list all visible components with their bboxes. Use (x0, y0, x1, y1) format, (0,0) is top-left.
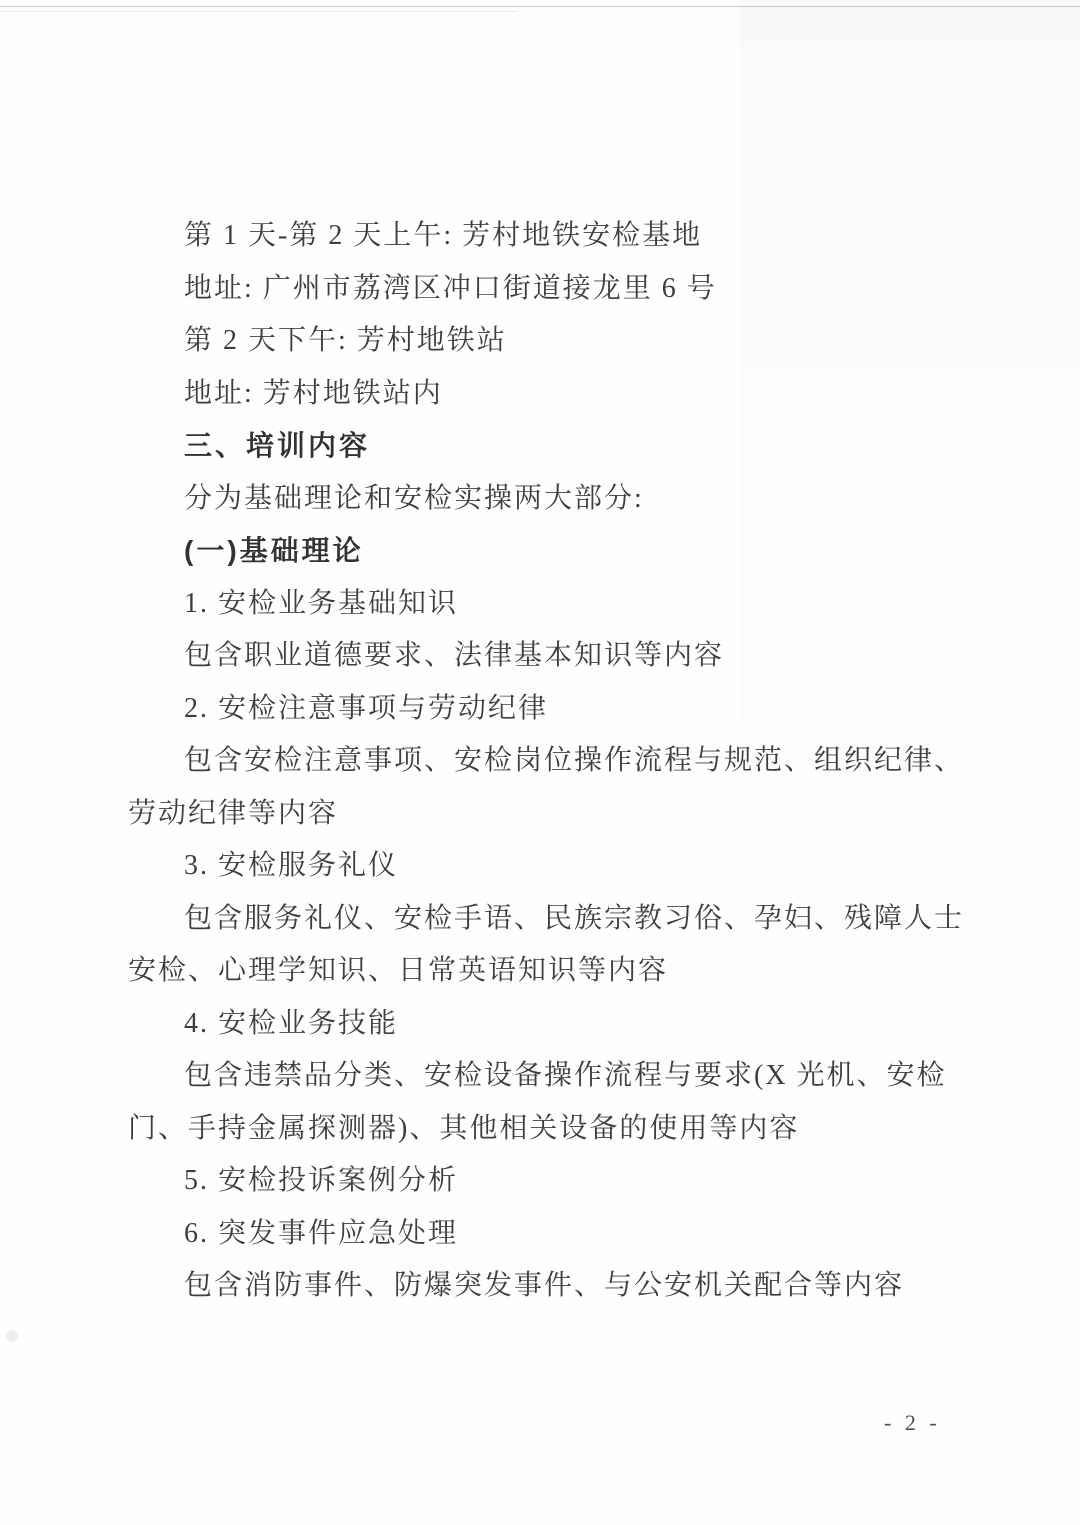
text-line: 分为基础理论和安检实操两大部分: (128, 473, 1008, 526)
text-line: 安检、心理学知识、日常英语知识等内容 (128, 945, 1008, 998)
text-line: 第 2 天下午: 芳村地铁站 (128, 315, 1008, 368)
text-line: 3. 安检服务礼仪 (128, 840, 1008, 893)
scan-artifact-secondary-line (0, 11, 518, 12)
text-line: 包含服务礼仪、安检手语、民族宗教习俗、孕妇、残障人士 (128, 893, 1008, 946)
text-line: 包含违禁品分类、安检设备操作流程与要求(X 光机、安检 (128, 1050, 1008, 1103)
scan-artifact-speck (6, 1330, 18, 1342)
text-line: 2. 安检注意事项与劳动纪律 (128, 683, 1008, 736)
text-line: 包含职业道德要求、法律基本知识等内容 (128, 630, 1008, 683)
scanned-document-screenshot: { "page": { "background_color": "#fefefe… (0, 0, 1080, 1525)
scan-artifact-top-line (0, 6, 1080, 7)
heading-line: (一)基础理论 (128, 525, 1008, 578)
document-body: 第 1 天-第 2 天上午: 芳村地铁安检基地地址: 广州市荔湾区冲口街道接龙里… (128, 210, 1008, 1313)
text-line: 地址: 芳村地铁站内 (128, 368, 1008, 421)
text-line: 6. 突发事件应急处理 (128, 1208, 1008, 1261)
text-line: 劳动纪律等内容 (128, 788, 1008, 841)
document-page: 第 1 天-第 2 天上午: 芳村地铁安检基地地址: 广州市荔湾区冲口街道接龙里… (0, 0, 1080, 1525)
text-line: 地址: 广州市荔湾区冲口街道接龙里 6 号 (128, 263, 1008, 316)
text-line: 包含安检注意事项、安检岗位操作流程与规范、组织纪律、 (128, 735, 1008, 788)
heading-line: 三、培训内容 (128, 420, 1008, 473)
text-line: 5. 安检投诉案例分析 (128, 1155, 1008, 1208)
text-line: 第 1 天-第 2 天上午: 芳村地铁安检基地 (128, 210, 1008, 263)
text-line: 4. 安检业务技能 (128, 998, 1008, 1051)
text-line: 门、手持金属探测器)、其他相关设备的使用等内容 (128, 1103, 1008, 1156)
text-line: 1. 安检业务基础知识 (128, 578, 1008, 631)
text-line: 包含消防事件、防爆突发事件、与公安机关配合等内容 (128, 1260, 1008, 1313)
page-number: - 2 - (884, 1408, 941, 1438)
